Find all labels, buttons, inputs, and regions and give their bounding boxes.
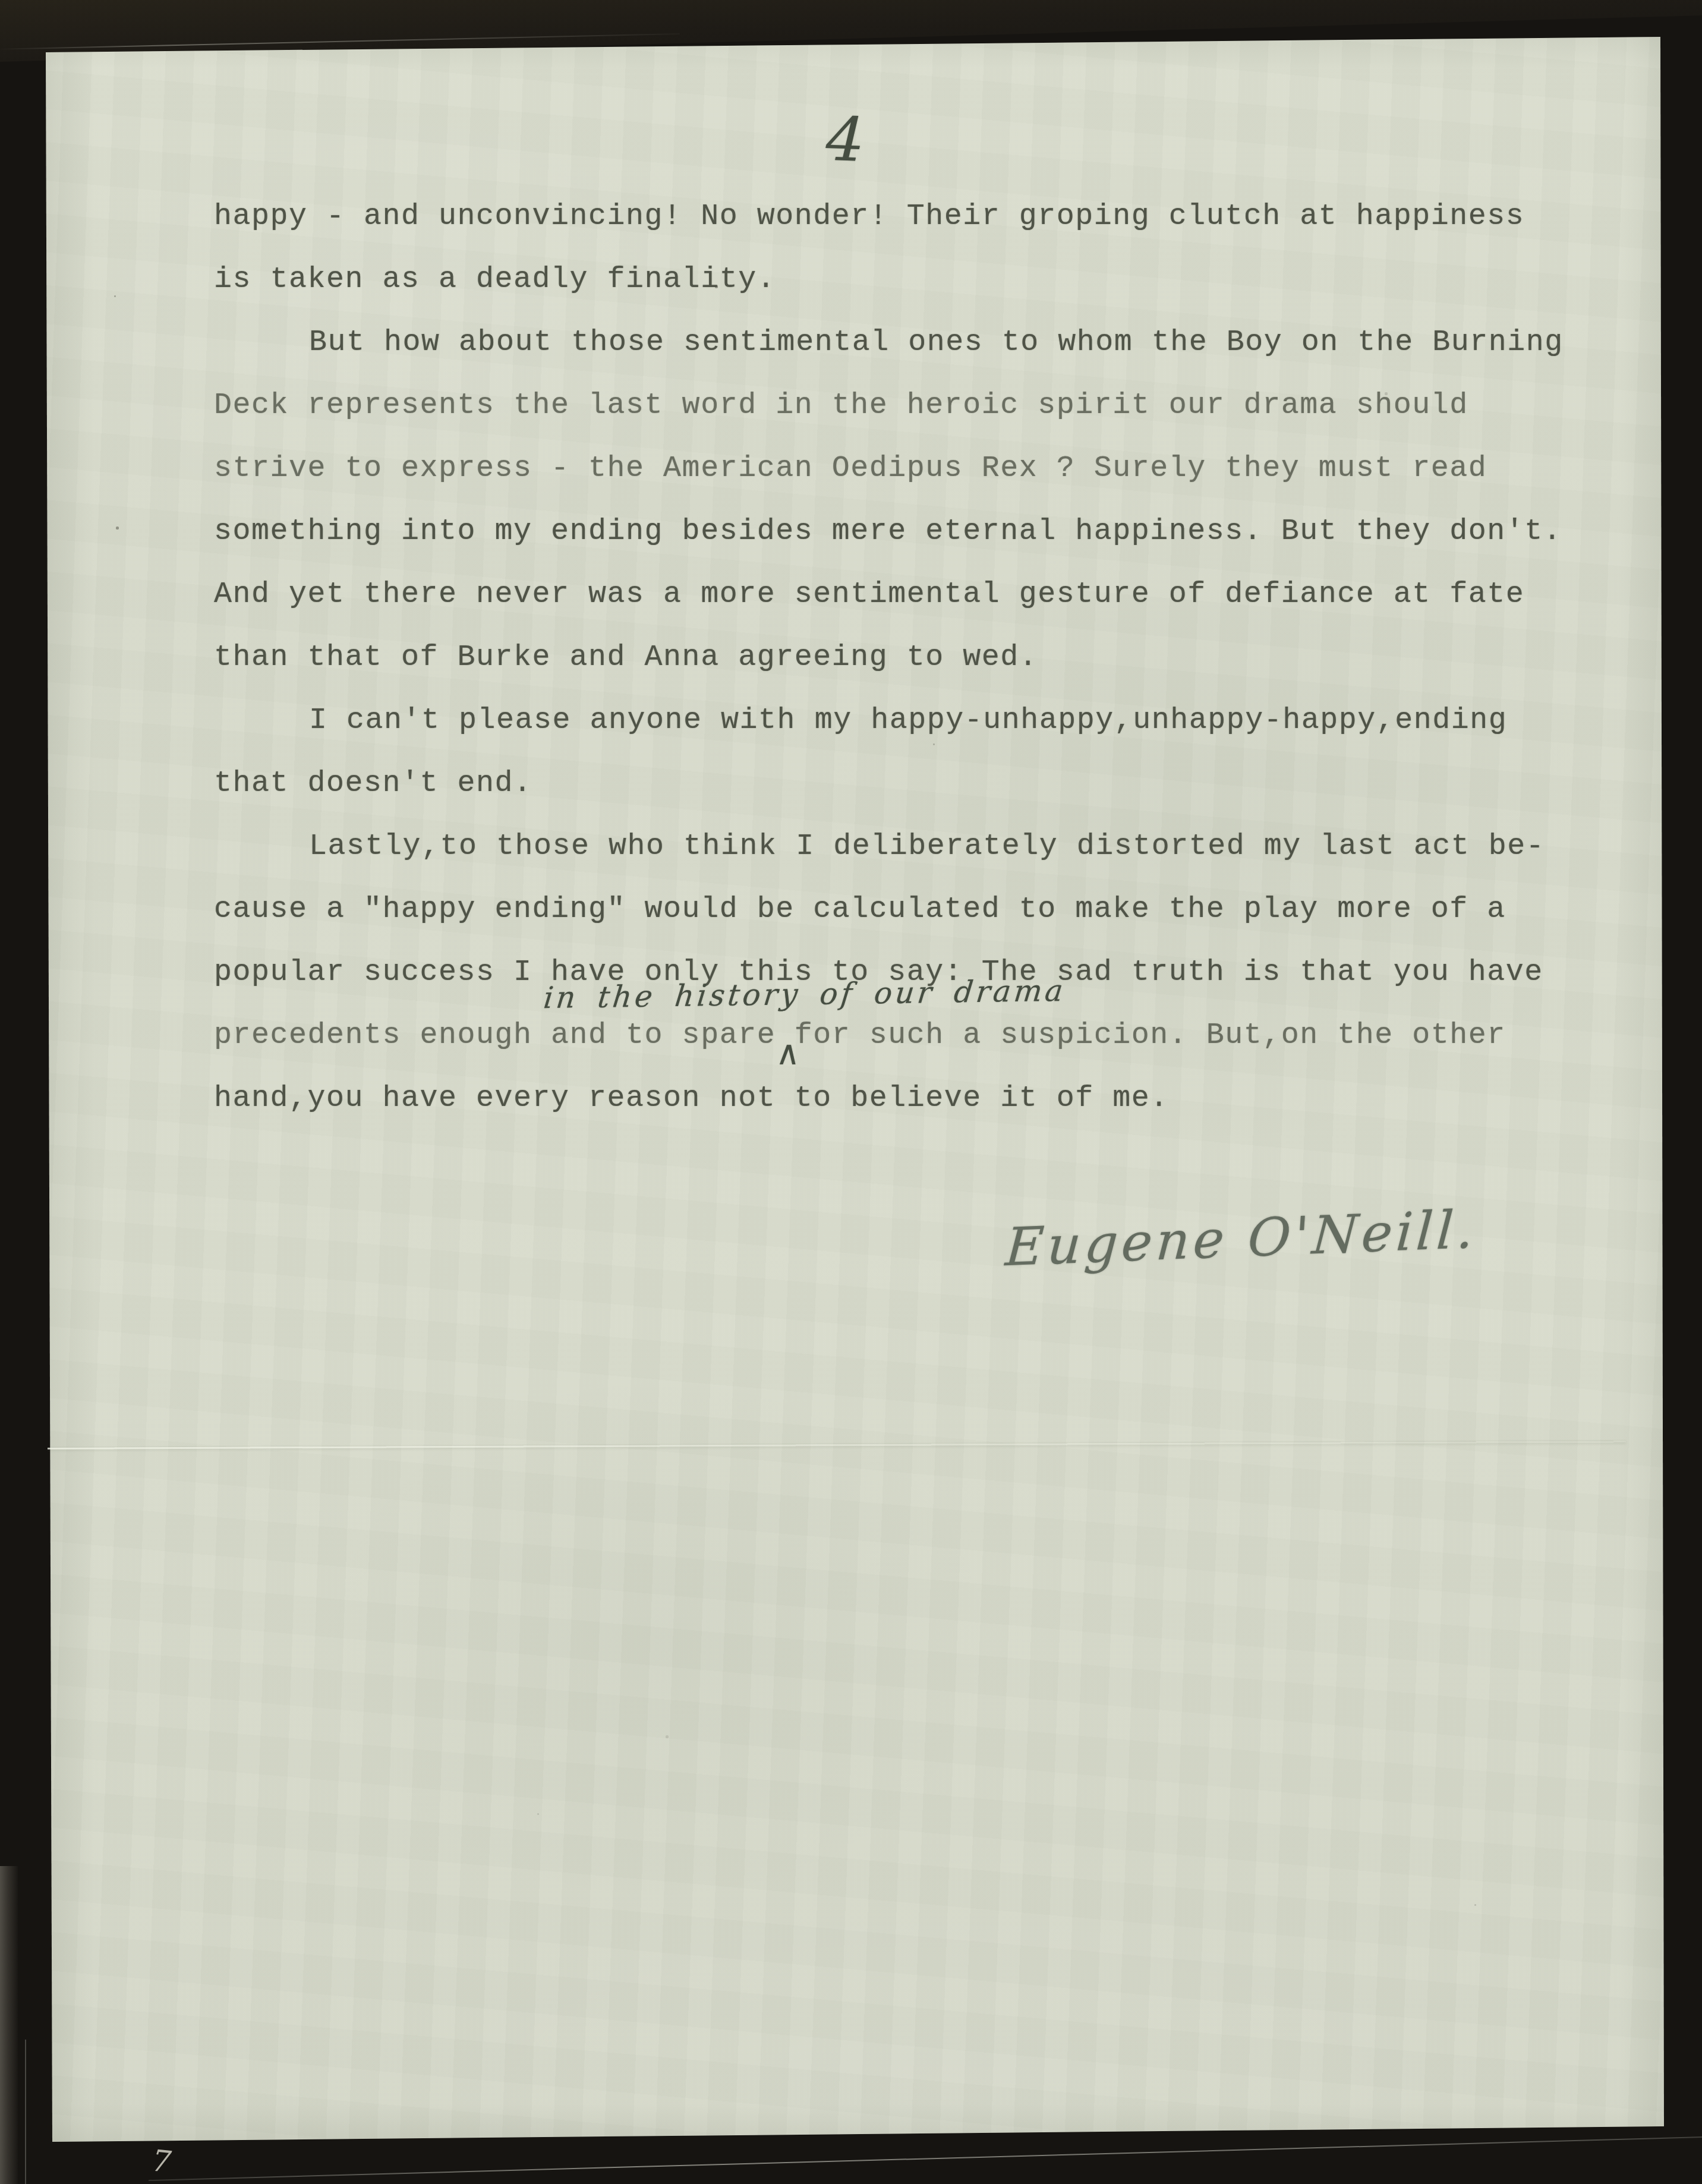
typed-line: than that of Burke and Anna agreeing to …	[214, 640, 1038, 676]
binding-spine-strip	[0, 1866, 18, 2184]
typed-line: Lastly,to those who think I deliberately…	[214, 829, 1545, 865]
handwritten-page-number: 4	[825, 104, 866, 176]
typed-line: happy - and unconvincing! No wonder! The…	[214, 199, 1524, 235]
typed-line: strive to express - the American Oedipus…	[214, 451, 1487, 487]
paper-specks	[0, 0, 1, 1]
typed-line: hand,you have every reason not to believ…	[214, 1081, 1169, 1117]
mount-scratch-line	[149, 2136, 1702, 2181]
typed-line: that doesn't end.	[214, 766, 532, 802]
scanned-letter-page: { "document_type": "typewritten letter p…	[0, 0, 1702, 2184]
archive-corner-mark: 7	[150, 2143, 173, 2179]
typed-line: precedents enough and to spare for such …	[214, 1018, 1506, 1054]
typed-line: Deck represents the last word in the her…	[214, 388, 1468, 424]
typed-line: is taken as a deadly finality.	[214, 262, 776, 298]
typed-line: But how about those sentimental ones to …	[214, 325, 1564, 361]
insertion-caret-mark: ∧	[775, 1034, 802, 1073]
handwritten-insertion: in the history of our drama	[542, 973, 1068, 1015]
typed-line: something into my ending besides mere et…	[214, 514, 1562, 550]
typed-line: And yet there never was a more sentiment…	[214, 577, 1524, 613]
binding-spine-highlight	[25, 2040, 26, 2184]
typed-line: cause a "happy ending" would be calculat…	[214, 892, 1506, 928]
typed-line: I can't please anyone with my happy-unha…	[214, 703, 1507, 739]
